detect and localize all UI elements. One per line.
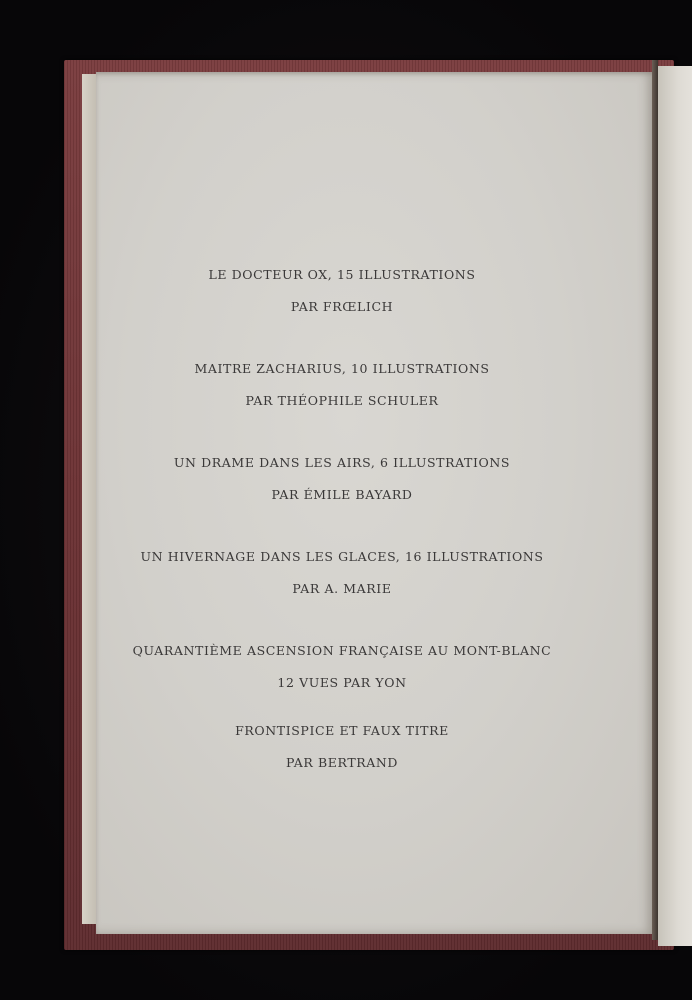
list-entry-mont-blanc: QUARANTIÈME ASCENSION FRANÇAISE AU MONT-… <box>46 642 638 692</box>
entry-title: LE DOCTEUR OX, 15 ILLUSTRATIONS <box>46 266 638 284</box>
entry-title: QUARANTIÈME ASCENSION FRANÇAISE AU MONT-… <box>46 642 638 660</box>
illustrations-list: LE DOCTEUR OX, 15 ILLUSTRATIONS PAR FRŒL… <box>46 266 638 816</box>
entry-credit: PAR THÉOPHILE SCHULER <box>46 392 638 410</box>
list-entry-docteur-ox: LE DOCTEUR OX, 15 ILLUSTRATIONS PAR FRŒL… <box>46 266 638 316</box>
entry-title: UN HIVERNAGE DANS LES GLACES, 16 ILLUSTR… <box>46 548 638 566</box>
list-entry-drame-dans-les-airs: UN DRAME DANS LES AIRS, 6 ILLUSTRATIONS … <box>46 454 638 504</box>
entry-credit: PAR BERTRAND <box>46 754 638 772</box>
entry-credit: PAR ÉMILE BAYARD <box>46 486 638 504</box>
entry-title: FRONTISPICE ET FAUX TITRE <box>46 722 638 740</box>
entry-credit: PAR A. MARIE <box>46 580 638 598</box>
entry-title: MAITRE ZACHARIUS, 10 ILLUSTRATIONS <box>46 360 638 378</box>
photo-scene: LE DOCTEUR OX, 15 ILLUSTRATIONS PAR FRŒL… <box>0 0 692 1000</box>
entry-credit: 12 VUES PAR YON <box>46 674 638 692</box>
list-entry-frontispice: FRONTISPICE ET FAUX TITRE PAR BERTRAND <box>46 722 638 772</box>
list-entry-hivernage: UN HIVERNAGE DANS LES GLACES, 16 ILLUSTR… <box>46 548 638 598</box>
entry-title: UN DRAME DANS LES AIRS, 6 ILLUSTRATIONS <box>46 454 638 472</box>
list-entry-maitre-zacharius: MAITRE ZACHARIUS, 10 ILLUSTRATIONS PAR T… <box>46 360 638 410</box>
entry-credit: PAR FRŒLICH <box>46 298 638 316</box>
facing-page-edge <box>658 66 692 946</box>
